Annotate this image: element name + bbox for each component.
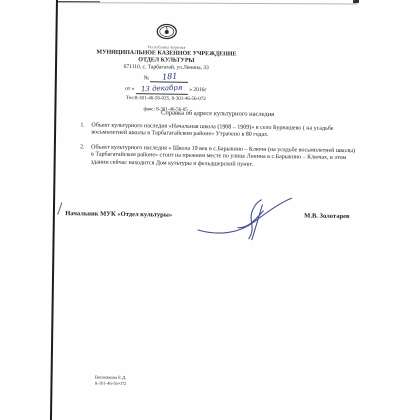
letterhead: Республика Бурятия МУНИЦИПАЛЬНОЕ КАЗЕННО…	[91, 22, 242, 115]
page-top-right-corner-mark	[353, 0, 359, 3]
list-item-number: 1.	[80, 122, 87, 137]
handwritten-date: 13 декабря	[141, 84, 183, 95]
handwritten-signature	[194, 194, 295, 248]
scanned-letter-page: Республика Бурятия МУНИЦИПАЛЬНОЕ КАЗЕННО…	[0, 0, 420, 420]
date-prefix-label: от «	[125, 86, 134, 92]
list-item-text: Объект культурного наследия «Начальная ш…	[91, 122, 356, 141]
list-item-text: Объект культурного наследия « Школа 19 в…	[91, 144, 356, 170]
buryatia-emblem-icon	[156, 23, 178, 44]
document-number-line: № 181	[91, 71, 241, 83]
number-sign-label: №	[144, 75, 149, 81]
signatory-name: М.В. Золотарев	[304, 212, 349, 220]
signatory-position: Начальник МУК «Отдел культуры»	[65, 210, 172, 218]
executor-footer: Вишнякова Е.Д. 8-301-46-56-072	[95, 375, 127, 387]
page-top-edge	[58, 2, 358, 4]
list-item-number: 2.	[80, 144, 87, 166]
pen-slash-mark	[57, 202, 62, 215]
list-item: 1. Объект культурного наследия «Начальна…	[80, 122, 356, 141]
document-title: Справка об адресе культурного наследия	[70, 108, 366, 119]
phone-numbers: Тел:8-301-46-56-035, 8-301-46-56-072	[91, 95, 241, 104]
date-suffix-label: » 2016г	[189, 87, 206, 93]
executor-phone: 8-301-46-56-072	[95, 381, 127, 387]
list-item: 2. Объект культурного наследия « Школа 1…	[80, 144, 356, 170]
handwritten-document-number: 181	[162, 73, 178, 82]
number-underline: 181	[150, 72, 188, 83]
letter-content: Республика Бурятия МУНИЦИПАЛЬНОЕ КАЗЕННО…	[51, 14, 367, 418]
document-date-line: от « 13 декабря » 2016г	[91, 82, 241, 95]
date-underline: 13 декабря	[136, 83, 188, 95]
